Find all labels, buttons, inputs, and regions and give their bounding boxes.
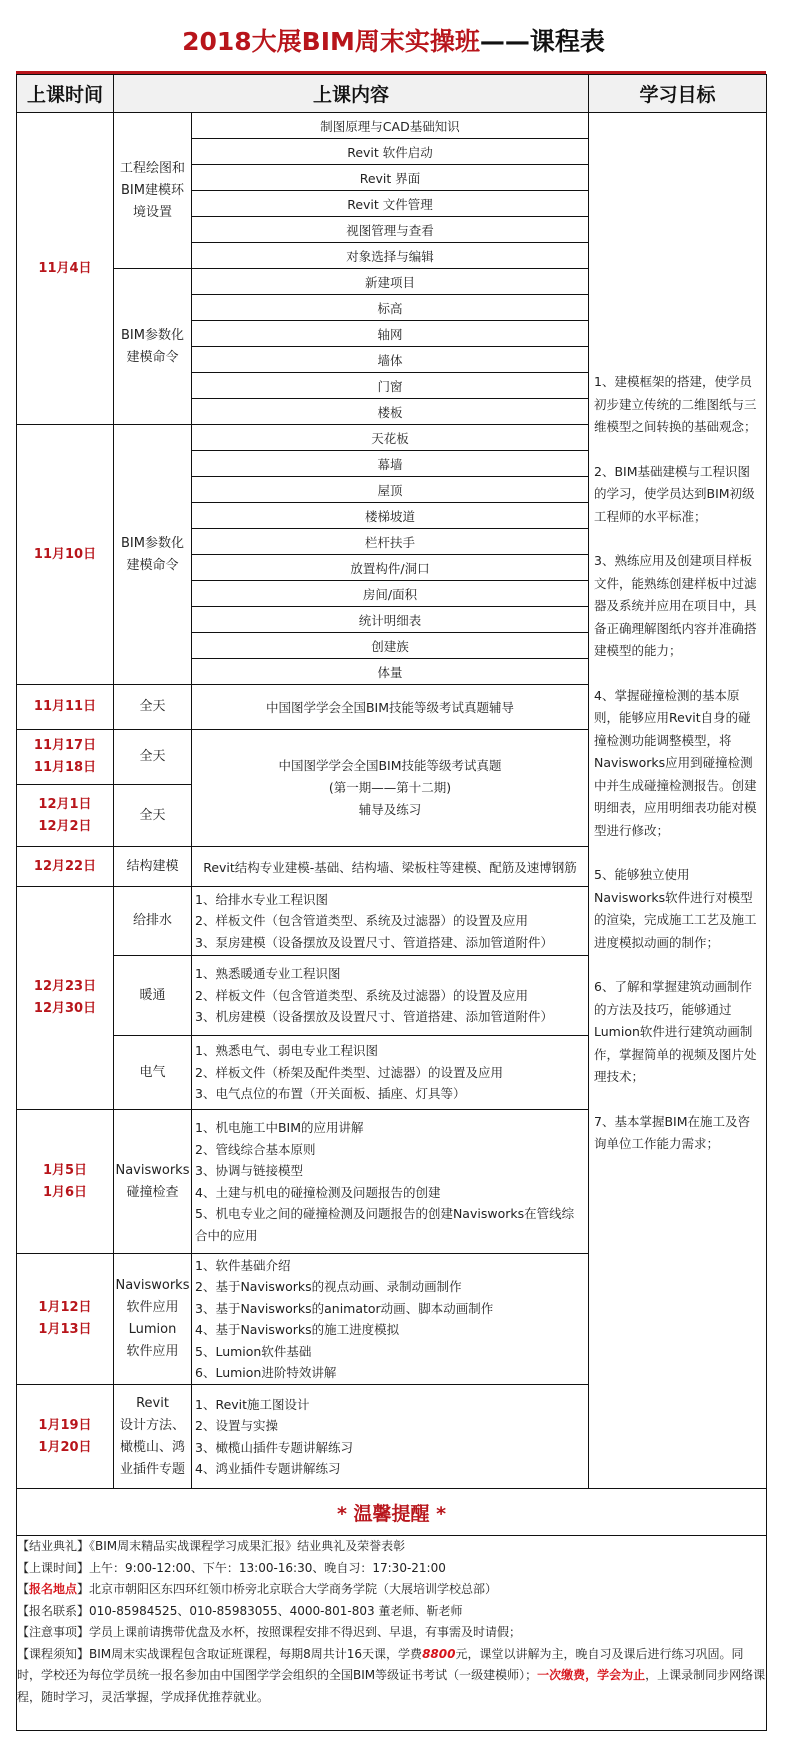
- goal-item: 4、掌握碰撞检测的基本原则，能够应用Revit自身的碰撞检测功能调整模型，将Na…: [594, 685, 760, 843]
- note-contact: 【报名联系】010-85984525、010-85983055、4000-801…: [17, 1601, 766, 1623]
- list-item: 3、机房建模（设备摆放及设置尺寸、管道搭建、添加管道附件）: [195, 1006, 588, 1028]
- category-line: 设计方法、: [114, 1415, 191, 1437]
- learning-goals: 1、建模框架的搭建，使学员初步建立传统的二维图纸与三维模型之间转换的基础观念； …: [589, 113, 767, 1489]
- note-label: 【报名联系】: [17, 1604, 89, 1618]
- content-line: 辅导及练习: [192, 799, 588, 821]
- session-category: 给排水: [114, 887, 192, 956]
- note-text: 010-85984525、010-85983055、4000-801-803 董…: [89, 1604, 462, 1618]
- header-goals: 学习目标: [589, 75, 767, 113]
- date-line: 1月20日: [17, 1437, 113, 1459]
- notes-row: 【结业典礼】《BIM周末精品实战课程学习成果汇报》结业典礼及荣誉表彰 【上课时间…: [17, 1536, 767, 1731]
- category-line: 软件应用: [114, 1341, 191, 1363]
- date-line: 12月2日: [17, 816, 113, 838]
- goal-item: 2、BIM基础建模与工程识图的学习，使学员达到BIM初级工程师的水平标准；: [594, 461, 760, 529]
- session-category: Revit 设计方法、 橄榄山、鸿 业插件专题: [114, 1385, 192, 1489]
- list-item: 4、土建与机电的碰撞检测及问题报告的创建: [195, 1182, 588, 1204]
- topic-item: 创建族: [192, 633, 589, 659]
- list-item: 1、软件基础介绍: [195, 1255, 588, 1277]
- list-item: 2、样板文件（包含管道类型、系统及过滤器）的设置及应用: [195, 985, 588, 1007]
- note-hours: 【上课时间】上午：9:00-12:00、下午：13:00-16:30、晚自习：1…: [17, 1558, 766, 1580]
- list-item: 3、协调与链接模型: [195, 1160, 588, 1182]
- list-item: 1、Revit施工图设计: [195, 1394, 588, 1416]
- date-line: 1月6日: [17, 1182, 113, 1204]
- topic-item: 墙体: [192, 347, 589, 373]
- header-content: 上课内容: [114, 75, 589, 113]
- note-label: 【注意事项】: [17, 1625, 89, 1639]
- list-item: 6、Lumion进阶特效讲解: [195, 1362, 588, 1384]
- session-category: Navisworks 碰撞检查: [114, 1110, 192, 1254]
- category-line: 建模命令: [114, 555, 191, 577]
- session-category: BIM参数化 建模命令: [114, 425, 192, 685]
- list-item: 5、Lumion软件基础: [195, 1341, 588, 1363]
- bracket: 】: [77, 1582, 89, 1596]
- session-category: 电气: [114, 1036, 192, 1110]
- notes-block: 【结业典礼】《BIM周末精品实战课程学习成果汇报》结业典礼及荣誉表彰 【上课时间…: [17, 1536, 767, 1731]
- topic-item: 中国图学学会全国BIM技能等级考试真题辅导: [192, 685, 589, 730]
- date-line: 12月1日: [17, 794, 113, 816]
- header-time: 上课时间: [17, 75, 114, 113]
- topic-item: 中国图学学会全国BIM技能等级考试真题 (第一期——第十二期) 辅导及练习: [192, 730, 589, 847]
- date-line: 12月23日: [17, 976, 113, 998]
- topic-list: 1、熟悉暖通专业工程识图 2、样板文件（包含管道类型、系统及过滤器）的设置及应用…: [192, 956, 589, 1036]
- category-line: 软件应用: [114, 1297, 191, 1319]
- category-line: BIM建模环: [114, 180, 191, 202]
- topic-item: 制图原理与CAD基础知识: [192, 113, 589, 139]
- topic-list: 1、软件基础介绍 2、基于Navisworks的视点动画、录制动画制作 3、基于…: [192, 1254, 589, 1385]
- note-label: 【结业典礼】: [17, 1539, 89, 1553]
- session-date: 11月11日: [17, 685, 114, 730]
- session-date: 1月12日 1月13日: [17, 1254, 114, 1385]
- note-highlight: 一次缴费，学会为止: [537, 1668, 645, 1682]
- category-line: 建模命令: [114, 347, 191, 369]
- reminder-row: * 温馨提醒 *: [17, 1489, 767, 1536]
- goal-item: 3、熟练应用及创建项目样板文件，能熟练创建样板中过滤器及系统并应用在项目中，具备…: [594, 550, 760, 663]
- list-item: 1、熟悉暖通专业工程识图: [195, 963, 588, 985]
- note-text: BIM周末实战课程包含取证班课程，每期8周共计16天课，学费: [89, 1647, 422, 1661]
- note-attention: 【注意事项】学员上课前请携带优盘及水杯，按照课程安排不得迟到、早退，有事需及时请…: [17, 1622, 766, 1644]
- list-item: 2、设置与实操: [195, 1415, 588, 1437]
- note-label: 【上课时间】: [17, 1561, 89, 1575]
- note-ceremony: 【结业典礼】《BIM周末精品实战课程学习成果汇报》结业典礼及荣誉表彰: [17, 1536, 766, 1558]
- session-date: 11月10日: [17, 425, 114, 685]
- note-text: 上午：9:00-12:00、下午：13:00-16:30、晚自习：17:30-2…: [89, 1561, 446, 1575]
- topic-item: 轴网: [192, 321, 589, 347]
- topic-item: 屋顶: [192, 477, 589, 503]
- list-item: 1、机电施工中BIM的应用讲解: [195, 1117, 588, 1139]
- note-location: 【报名地点】北京市朝阳区东四环红领巾桥旁北京联合大学商务学院（大展培训学校总部）: [17, 1579, 766, 1601]
- topic-item: 幕墙: [192, 451, 589, 477]
- list-item: 4、鸿业插件专题讲解练习: [195, 1458, 588, 1480]
- category-line: Lumion: [114, 1319, 191, 1341]
- reminder-title: * 温馨提醒 *: [17, 1489, 767, 1536]
- topic-item: Revit 文件管理: [192, 191, 589, 217]
- date-line: 1月19日: [17, 1415, 113, 1437]
- category-line: Navisworks: [114, 1275, 191, 1297]
- topic-item: 对象选择与编辑: [192, 243, 589, 269]
- topic-item: 栏杆扶手: [192, 529, 589, 555]
- topic-item: Revit 软件启动: [192, 139, 589, 165]
- note-text: 学员上课前请携带优盘及水杯，按照课程安排不得迟到、早退，有事需及时请假；: [89, 1625, 521, 1639]
- list-item: 3、基于Navisworks的animator动画、脚本动画制作: [195, 1298, 588, 1320]
- topic-list: 1、机电施工中BIM的应用讲解 2、管线综合基本原则 3、协调与链接模型 4、土…: [192, 1110, 589, 1254]
- topic-item: Revit结构专业建模-基础、结构墙、梁板柱等建模、配筋及速博钢筋: [192, 847, 589, 887]
- session-category: 暖通: [114, 956, 192, 1036]
- session-category: 结构建模: [114, 847, 192, 887]
- session-date: 12月22日: [17, 847, 114, 887]
- topic-list: 1、熟悉电气、弱电专业工程识图 2、样板文件（桥架及配件类型、过滤器）的设置及应…: [192, 1036, 589, 1110]
- note-text: 北京市朝阳区东四环红领巾桥旁北京联合大学商务学院（大展培训学校总部）: [89, 1582, 497, 1596]
- category-line: Navisworks: [114, 1160, 191, 1182]
- topic-item: 楼板: [192, 399, 589, 425]
- table-header-row: 上课时间 上课内容 学习目标: [17, 75, 767, 113]
- session-date: 12月1日 12月2日: [17, 785, 114, 847]
- goal-item: 7、基本掌握BIM在施工及咨询单位工作能力需求；: [594, 1111, 760, 1156]
- list-item: 3、橄榄山插件专题讲解练习: [195, 1437, 588, 1459]
- list-item: 1、熟悉电气、弱电专业工程识图: [195, 1040, 588, 1062]
- topic-item: 房间/面积: [192, 581, 589, 607]
- session-category: 工程绘图和 BIM建模环 境设置: [114, 113, 192, 269]
- note-text: 《BIM周末精品实战课程学习成果汇报》结业典礼及荣誉表彰: [89, 1539, 405, 1553]
- topic-item: 楼梯坡道: [192, 503, 589, 529]
- page-title: 2018大展BIM周末实操班——课程表: [0, 22, 787, 58]
- category-line: Revit: [114, 1393, 191, 1415]
- page-title-red: 2018大展BIM周末实操班: [182, 27, 480, 56]
- list-item: 合中的应用: [195, 1225, 588, 1247]
- date-line: 11月18日: [17, 757, 113, 779]
- session-date: 11月17日 11月18日: [17, 730, 114, 785]
- topic-item: 放置构件/洞口: [192, 555, 589, 581]
- date-line: 12月30日: [17, 998, 113, 1020]
- date-line: 1月12日: [17, 1297, 113, 1319]
- topic-item: Revit 界面: [192, 165, 589, 191]
- list-item: 3、电气点位的布置（开关面板、插座、灯具等）: [195, 1083, 588, 1105]
- tuition-fee: 8800: [422, 1647, 455, 1661]
- schedule-table: 上课时间 上课内容 学习目标 11月4日 工程绘图和 BIM建模环 境设置 制图…: [16, 74, 767, 1731]
- topic-list: 1、给排水专业工程识图 2、样板文件（包含管道类型、系统及过滤器）的设置及应用 …: [192, 887, 589, 956]
- topic-item: 视图管理与查看: [192, 217, 589, 243]
- session-category: BIM参数化 建模命令: [114, 269, 192, 425]
- list-item: 2、样板文件（桥架及配件类型、过滤器）的设置及应用: [195, 1062, 588, 1084]
- session-category: 全天: [114, 785, 192, 847]
- category-line: BIM参数化: [114, 533, 191, 555]
- list-item: 4、基于Navisworks的施工进度模拟: [195, 1319, 588, 1341]
- list-item: 3、泵房建模（设备摆放及设置尺寸、管道搭建、添加管道附件）: [195, 932, 588, 954]
- list-item: 1、给排水专业工程识图: [195, 889, 588, 911]
- note-label: 【课程须知】: [17, 1647, 89, 1661]
- session-date: 1月19日 1月20日: [17, 1385, 114, 1489]
- session-category: 全天: [114, 685, 192, 730]
- topic-list: 1、Revit施工图设计 2、设置与实操 3、橄榄山插件专题讲解练习 4、鸿业插…: [192, 1385, 589, 1489]
- goal-item: 6、了解和掌握建筑动画制作的方法及技巧，能够通过Lumion软件进行建筑动画制作…: [594, 976, 760, 1089]
- category-line: 碰撞检查: [114, 1182, 191, 1204]
- session-date: 11月4日: [17, 113, 114, 425]
- goal-item: 5、能够独立使用Navisworks软件进行对模型的渲染，完成施工工艺及施工进度…: [594, 864, 760, 954]
- topic-item: 标高: [192, 295, 589, 321]
- session-date: 12月23日 12月30日: [17, 887, 114, 1110]
- goal-item: 1、建模框架的搭建，使学员初步建立传统的二维图纸与三维模型之间转换的基础观念；: [594, 371, 760, 439]
- bracket: 【: [17, 1582, 29, 1596]
- list-item: 2、管线综合基本原则: [195, 1139, 588, 1161]
- content-line: 中国图学学会全国BIM技能等级考试真题: [192, 755, 588, 777]
- category-line: 境设置: [114, 202, 191, 224]
- category-line: 橄榄山、鸿: [114, 1437, 191, 1459]
- category-line: BIM参数化: [114, 325, 191, 347]
- date-line: 1月5日: [17, 1160, 113, 1182]
- date-line: 1月13日: [17, 1319, 113, 1341]
- list-item: 2、样板文件（包含管道类型、系统及过滤器）的设置及应用: [195, 910, 588, 932]
- session-date: 1月5日 1月6日: [17, 1110, 114, 1254]
- topic-item: 新建项目: [192, 269, 589, 295]
- page-title-black: ——课程表: [480, 27, 605, 56]
- topic-item: 天花板: [192, 425, 589, 451]
- table-row: 11月4日 工程绘图和 BIM建模环 境设置 制图原理与CAD基础知识 1、建模…: [17, 113, 767, 139]
- content-line: (第一期——第十二期): [192, 777, 588, 799]
- topic-item: 门窗: [192, 373, 589, 399]
- list-item: 5、机电专业之间的碰撞检测及问题报告的创建Navisworks在管线综: [195, 1203, 588, 1225]
- list-item: 2、基于Navisworks的视点动画、录制动画制作: [195, 1276, 588, 1298]
- session-category: Navisworks 软件应用 Lumion 软件应用: [114, 1254, 192, 1385]
- note-label: 报名地点: [29, 1582, 77, 1596]
- topic-item: 体量: [192, 659, 589, 685]
- category-line: 业插件专题: [114, 1459, 191, 1481]
- category-line: 工程绘图和: [114, 158, 191, 180]
- session-category: 全天: [114, 730, 192, 785]
- note-course: 【课程须知】BIM周末实战课程包含取证班课程，每期8周共计16天课，学费8800…: [17, 1644, 766, 1709]
- date-line: 11月17日: [17, 735, 113, 757]
- topic-item: 统计明细表: [192, 607, 589, 633]
